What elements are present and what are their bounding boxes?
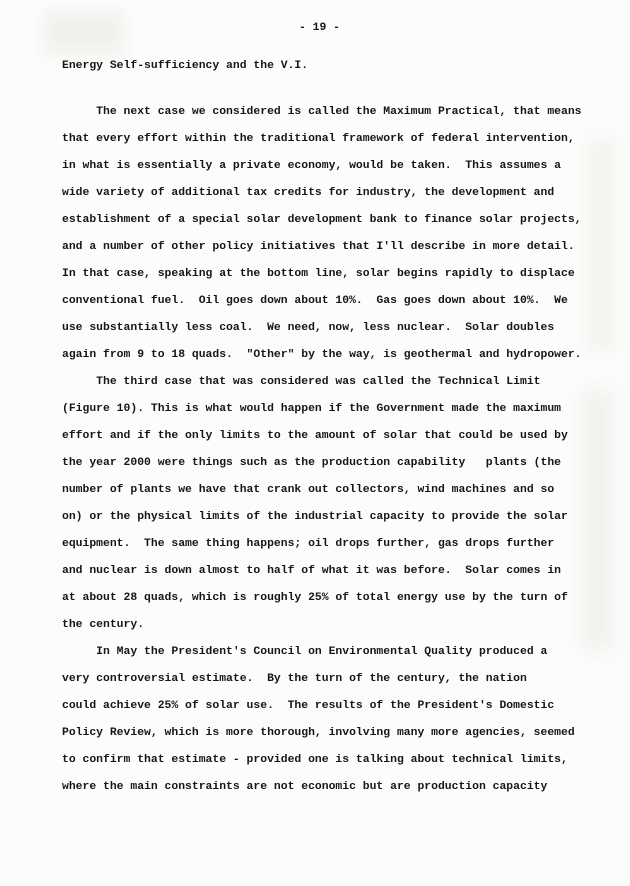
text-line: the year 2000 were things such as the pr…: [62, 450, 607, 477]
text-line: could achieve 25% of solar use. The resu…: [62, 693, 607, 720]
text-line: at about 28 quads, which is roughly 25% …: [62, 585, 607, 612]
page-number: - 19 -: [62, 20, 577, 36]
text-line: In May the President's Council on Enviro…: [62, 639, 607, 666]
text-line: on) or the physical limits of the indust…: [62, 504, 607, 531]
text-line: The third case that was considered was c…: [62, 369, 607, 396]
text-line: to confirm that estimate - provided one …: [62, 747, 607, 774]
section-heading: Energy Self-sufficiency and the V.I.: [62, 58, 308, 74]
text-line: again from 9 to 18 quads. "Other" by the…: [62, 342, 607, 369]
text-line: the century.: [62, 612, 607, 639]
text-line: Policy Review, which is more thorough, i…: [62, 720, 607, 747]
text-line: use substantially less coal. We need, no…: [62, 315, 607, 342]
text-line: that every effort within the traditional…: [62, 126, 607, 153]
document-body: The next case we considered is called th…: [62, 99, 607, 801]
text-line: conventional fuel. Oil goes down about 1…: [62, 288, 607, 315]
text-line: very controversial estimate. By the turn…: [62, 666, 607, 693]
text-line: The next case we considered is called th…: [62, 99, 607, 126]
text-line: equipment. The same thing happens; oil d…: [62, 531, 607, 558]
text-line: effort and if the only limits to the amo…: [62, 423, 607, 450]
text-line: wide variety of additional tax credits f…: [62, 180, 607, 207]
text-line: establishment of a special solar develop…: [62, 207, 607, 234]
text-line: in what is essentially a private economy…: [62, 153, 607, 180]
text-line: and nuclear is down almost to half of wh…: [62, 558, 607, 585]
text-line: (Figure 10). This is what would happen i…: [62, 396, 607, 423]
text-line: In that case, speaking at the bottom lin…: [62, 261, 607, 288]
text-line: where the main constraints are not econo…: [62, 774, 607, 801]
text-line: number of plants we have that crank out …: [62, 477, 607, 504]
text-line: and a number of other policy initiatives…: [62, 234, 607, 261]
document-page: - 19 - Energy Self-sufficiency and the V…: [0, 0, 630, 886]
